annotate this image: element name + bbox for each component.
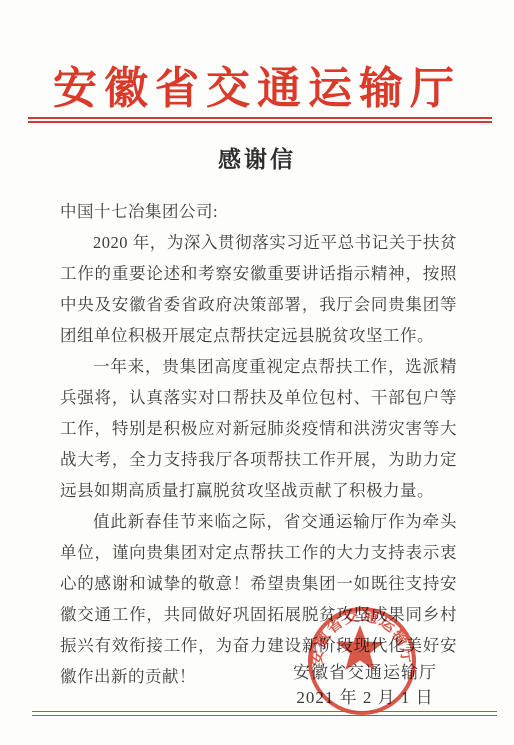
- letter-paragraph: 一年来，贵集团高度重视定点帮扶工作，选派精兵强将，认真落实对口帮扶及单位包村、干…: [60, 351, 457, 506]
- footer-rule: [32, 711, 497, 716]
- letter-title: 感谢信: [0, 141, 514, 174]
- signature-org-name: 安徽省交通运输厅: [293, 660, 437, 685]
- signature-block: 安徽省交通运输厅 2021 年 2 月 1 日: [293, 660, 437, 710]
- letterhead-org-name: 安徽省交通运输厅: [0, 52, 514, 116]
- letter-salutation: 中国十七冶集团公司:: [60, 196, 457, 227]
- letter-body: 中国十七冶集团公司: 2020 年，为深入贯彻落实习近平总书记关于扶贫工作的重要…: [60, 196, 457, 692]
- letter-page: 安徽省交通运输厅 感谢信 中国十七冶集团公司: 2020 年，为深入贯彻落实习近…: [0, 0, 514, 745]
- signature-date: 2021 年 2 月 1 日: [293, 685, 437, 710]
- letterhead-divider-rule: [28, 117, 492, 123]
- letter-paragraph: 2020 年，为深入贯彻落实习近平总书记关于扶贫工作的重要论述和考察安徽重要讲话…: [60, 227, 457, 351]
